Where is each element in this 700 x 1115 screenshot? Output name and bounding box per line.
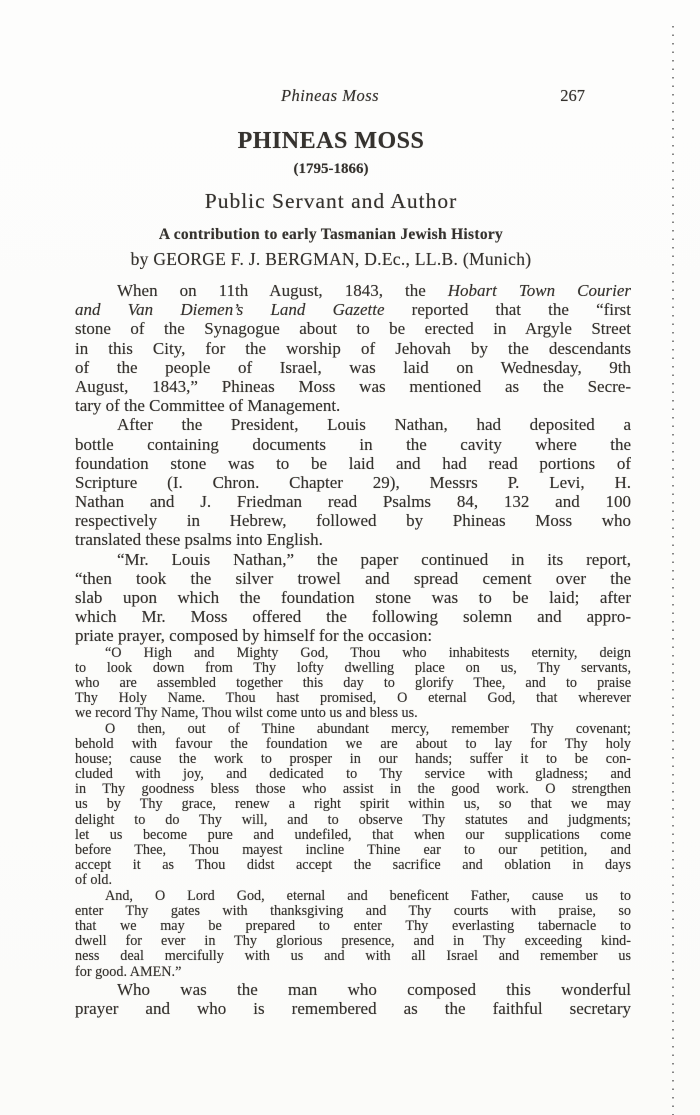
text-line: “Mr. Louis Nathan,” the paper continued …	[75, 550, 631, 569]
text-line: “O High and Mighty God, Thou who inhabit…	[75, 646, 631, 661]
article-subtitle: Public Servant and Author	[75, 188, 631, 215]
text-line: priate prayer, composed by himself for t…	[75, 626, 631, 645]
paragraph: When on 11th August, 1843, the Hobart To…	[75, 281, 631, 415]
running-header: Phineas Moss 267	[75, 86, 631, 106]
plain-text: reported that the “first	[385, 300, 631, 319]
paragraph: O then, out of Thine abundant mercy, rem…	[75, 722, 631, 889]
text-line: of the people of Israel, was laid on Wed…	[75, 358, 631, 377]
text-line: tary of the Committee of Management.	[75, 396, 631, 415]
text-line: enter Thy gates with thanksgiving and Th…	[75, 904, 631, 919]
text-line: Thy Holy Name. Thou hast promised, O ete…	[75, 691, 631, 706]
text-line: who are assembled together this day to g…	[75, 676, 631, 691]
text-line: dwell for ever in Thy glorious presence,…	[75, 934, 631, 949]
text-line: in Thy goodness bless those who assist i…	[75, 782, 631, 797]
text-line: for good. AMEN.”	[75, 965, 631, 980]
text-line: Nathan and J. Friedman read Psalms 84, 1…	[75, 492, 631, 511]
text-line: respectively in Hebrew, followed by Phin…	[75, 511, 631, 530]
scanned-book-page: Phineas Moss 267 PHINEAS MOSS (1795-1866…	[0, 0, 700, 1115]
text-line: accept it as Thou didst accept the sacri…	[75, 858, 631, 873]
text-line: August, 1843,” Phineas Moss was mentione…	[75, 377, 631, 396]
contribution-line: A contribution to early Tasmanian Jewish…	[75, 226, 631, 244]
paragraph: “Mr. Louis Nathan,” the paper continued …	[75, 550, 631, 646]
text-line: foundation stone was to be laid and had …	[75, 454, 631, 473]
text-line: behold with favour the foundation we are…	[75, 737, 631, 752]
author-byline: by GEORGE F. J. BERGMAN, D.Ec., LL.B. (M…	[75, 248, 631, 270]
paragraph: Who was the man who composed this wonder…	[75, 980, 631, 1018]
text-line: us by Thy grace, renew a right spirit wi…	[75, 797, 631, 812]
text-line: And, O Lord God, eternal and beneficent …	[75, 889, 631, 904]
text-line: of old.	[75, 873, 631, 888]
page-number: 267	[560, 86, 585, 106]
text-body: When on 11th August, 1843, the Hobart To…	[75, 281, 631, 1018]
text-line: stone of the Synagogue about to be erect…	[75, 319, 631, 338]
text-line: and Van Diemen’s Land Gazette reported t…	[75, 300, 631, 319]
plain-text: When on 11th August, 1843, the	[117, 281, 448, 300]
article-title: PHINEAS MOSS	[75, 128, 631, 154]
running-header-title: Phineas Moss	[75, 86, 585, 106]
text-line: After the President, Louis Nathan, had d…	[75, 415, 631, 434]
text-line: When on 11th August, 1843, the Hobart To…	[75, 281, 631, 300]
text-line: house; cause the work to prosper in our …	[75, 752, 631, 767]
text-line: Who was the man who composed this wonder…	[75, 980, 631, 999]
text-line: to look down from Thy lofty dwelling pla…	[75, 661, 631, 676]
italic-text: Hobart Town Courier	[448, 281, 631, 300]
text-line: let us become pure and undefiled, that w…	[75, 828, 631, 843]
paragraph: And, O Lord God, eternal and beneficent …	[75, 889, 631, 980]
paragraph: After the President, Louis Nathan, had d…	[75, 415, 631, 549]
text-line: in this City, for the worship of Jehovah…	[75, 339, 631, 358]
paragraph: “O High and Mighty God, Thou who inhabit…	[75, 646, 631, 722]
text-line: which Mr. Moss offered the following sol…	[75, 607, 631, 626]
text-line: we record Thy Name, Thou wilst come unto…	[75, 706, 631, 721]
italic-text: and Van Diemen’s Land Gazette	[75, 300, 385, 319]
text-line: slab upon which the foundation stone was…	[75, 588, 631, 607]
scan-edge-dotted-line	[672, 26, 674, 1115]
text-column: Phineas Moss 267 PHINEAS MOSS (1795-1866…	[75, 86, 631, 1018]
text-line: prayer and who is remembered as the fait…	[75, 999, 631, 1018]
text-line: translated these psalms into English.	[75, 530, 631, 549]
text-line: O then, out of Thine abundant mercy, rem…	[75, 722, 631, 737]
text-line: cluded with joy, and dedicated to Thy se…	[75, 767, 631, 782]
text-line: ness deal mercifully with us and with al…	[75, 949, 631, 964]
text-line: Scripture (I. Chron. Chapter 29), Messrs…	[75, 473, 631, 492]
text-line: bottle containing documents in the cavit…	[75, 435, 631, 454]
text-line: delight to do Thy will, and to observe T…	[75, 813, 631, 828]
text-line: “then took the silver trowel and spread …	[75, 569, 631, 588]
life-dates: (1795-1866)	[75, 160, 631, 178]
text-line: that we may be prepared to enter Thy eve…	[75, 919, 631, 934]
text-line: before Thee, Thou mayest incline Thine e…	[75, 843, 631, 858]
